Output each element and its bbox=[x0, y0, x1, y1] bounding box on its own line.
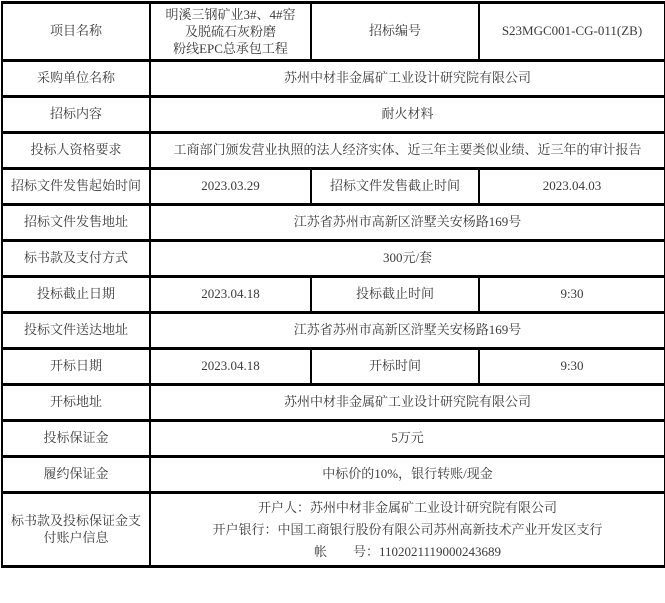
table-row: 开标日期2023.04.18开标时间9:30 bbox=[2, 349, 665, 385]
row-value-2: 9:30 bbox=[479, 277, 665, 313]
row-value-1: 2023.04.18 bbox=[150, 349, 311, 385]
row-value: 苏州中材非金属矿工业设计研究院有限公司 bbox=[150, 61, 665, 97]
table-row: 投标截止日期2023.04.18投标截止时间9:30 bbox=[2, 277, 665, 313]
row-value-2: 9:30 bbox=[479, 349, 665, 385]
table-row: 项目名称明溪三钢矿业3#、4#窑 及脱硫石灰粉磨 粉线EPC总承包工程招标编号S… bbox=[2, 3, 665, 61]
row-label: 开标地址 bbox=[2, 385, 150, 421]
row-label: 投标保证金 bbox=[2, 421, 150, 457]
table-row: 标书款及支付方式300元/套 bbox=[2, 241, 665, 277]
row-value: 中标价的10%，银行转账/现金 bbox=[150, 457, 665, 493]
row-value: 工商部门颁发营业执照的法人经济实体、近三年主要类似业绩、近三年的审计报告 bbox=[150, 133, 665, 169]
row-label-2: 招标文件发售截止时间 bbox=[311, 169, 479, 205]
row-label: 招标文件发售地址 bbox=[2, 205, 150, 241]
row-label-2: 开标时间 bbox=[311, 349, 479, 385]
row-value: 300元/套 bbox=[150, 241, 665, 277]
row-label: 招标文件发售起始时间 bbox=[2, 169, 150, 205]
row-value-1: 2023.04.18 bbox=[150, 277, 311, 313]
row-value: 5万元 bbox=[150, 421, 665, 457]
table-row: 采购单位名称苏州中材非金属矿工业设计研究院有限公司 bbox=[2, 61, 665, 97]
page: 项目名称明溪三钢矿业3#、4#窑 及脱硫石灰粉磨 粉线EPC总承包工程招标编号S… bbox=[0, 0, 665, 603]
table-row: 开标地址苏州中材非金属矿工业设计研究院有限公司 bbox=[2, 385, 665, 421]
table-row: 招标内容耐火材料 bbox=[2, 97, 665, 133]
row-value: 开户人：苏州中材非金属矿工业设计研究院有限公司 开户银行：中国工商银行股份有限公… bbox=[150, 493, 665, 567]
row-label: 项目名称 bbox=[2, 3, 150, 61]
row-label: 投标人资格要求 bbox=[2, 133, 150, 169]
row-value-1: 2023.03.29 bbox=[150, 169, 311, 205]
row-label-2: 招标编号 bbox=[311, 3, 479, 61]
row-label: 标书款及支付方式 bbox=[2, 241, 150, 277]
row-label: 履约保证金 bbox=[2, 457, 150, 493]
row-label: 采购单位名称 bbox=[2, 61, 150, 97]
table-row: 招标文件发售起始时间2023.03.29招标文件发售截止时间2023.04.03 bbox=[2, 169, 665, 205]
table-row: 投标人资格要求工商部门颁发营业执照的法人经济实体、近三年主要类似业绩、近三年的审… bbox=[2, 133, 665, 169]
row-value: 苏州中材非金属矿工业设计研究院有限公司 bbox=[150, 385, 665, 421]
table-row: 投标文件送达地址江苏省苏州市高新区浒墅关安杨路169号 bbox=[2, 313, 665, 349]
row-value: 耐火材料 bbox=[150, 97, 665, 133]
row-label: 开标日期 bbox=[2, 349, 150, 385]
row-label: 投标截止日期 bbox=[2, 277, 150, 313]
table-row: 投标保证金5万元 bbox=[2, 421, 665, 457]
row-label: 标书款及投标保证金支付账户信息 bbox=[2, 493, 150, 567]
row-label: 投标文件送达地址 bbox=[2, 313, 150, 349]
row-label-2: 投标截止时间 bbox=[311, 277, 479, 313]
row-value: 江苏省苏州市高新区浒墅关安杨路169号 bbox=[150, 313, 665, 349]
table-body: 项目名称明溪三钢矿业3#、4#窑 及脱硫石灰粉磨 粉线EPC总承包工程招标编号S… bbox=[2, 3, 665, 567]
tender-notice-table: 项目名称明溪三钢矿业3#、4#窑 及脱硫石灰粉磨 粉线EPC总承包工程招标编号S… bbox=[1, 1, 665, 568]
table-row: 标书款及投标保证金支付账户信息开户人：苏州中材非金属矿工业设计研究院有限公司 开… bbox=[2, 493, 665, 567]
table-row: 招标文件发售地址江苏省苏州市高新区浒墅关安杨路169号 bbox=[2, 205, 665, 241]
table-row: 履约保证金中标价的10%，银行转账/现金 bbox=[2, 457, 665, 493]
row-label: 招标内容 bbox=[2, 97, 150, 133]
row-value-2: 2023.04.03 bbox=[479, 169, 665, 205]
row-value-2: S23MGC001-CG-011(ZB) bbox=[479, 3, 665, 61]
row-value-1: 明溪三钢矿业3#、4#窑 及脱硫石灰粉磨 粉线EPC总承包工程 bbox=[150, 3, 311, 61]
row-value: 江苏省苏州市高新区浒墅关安杨路169号 bbox=[150, 205, 665, 241]
